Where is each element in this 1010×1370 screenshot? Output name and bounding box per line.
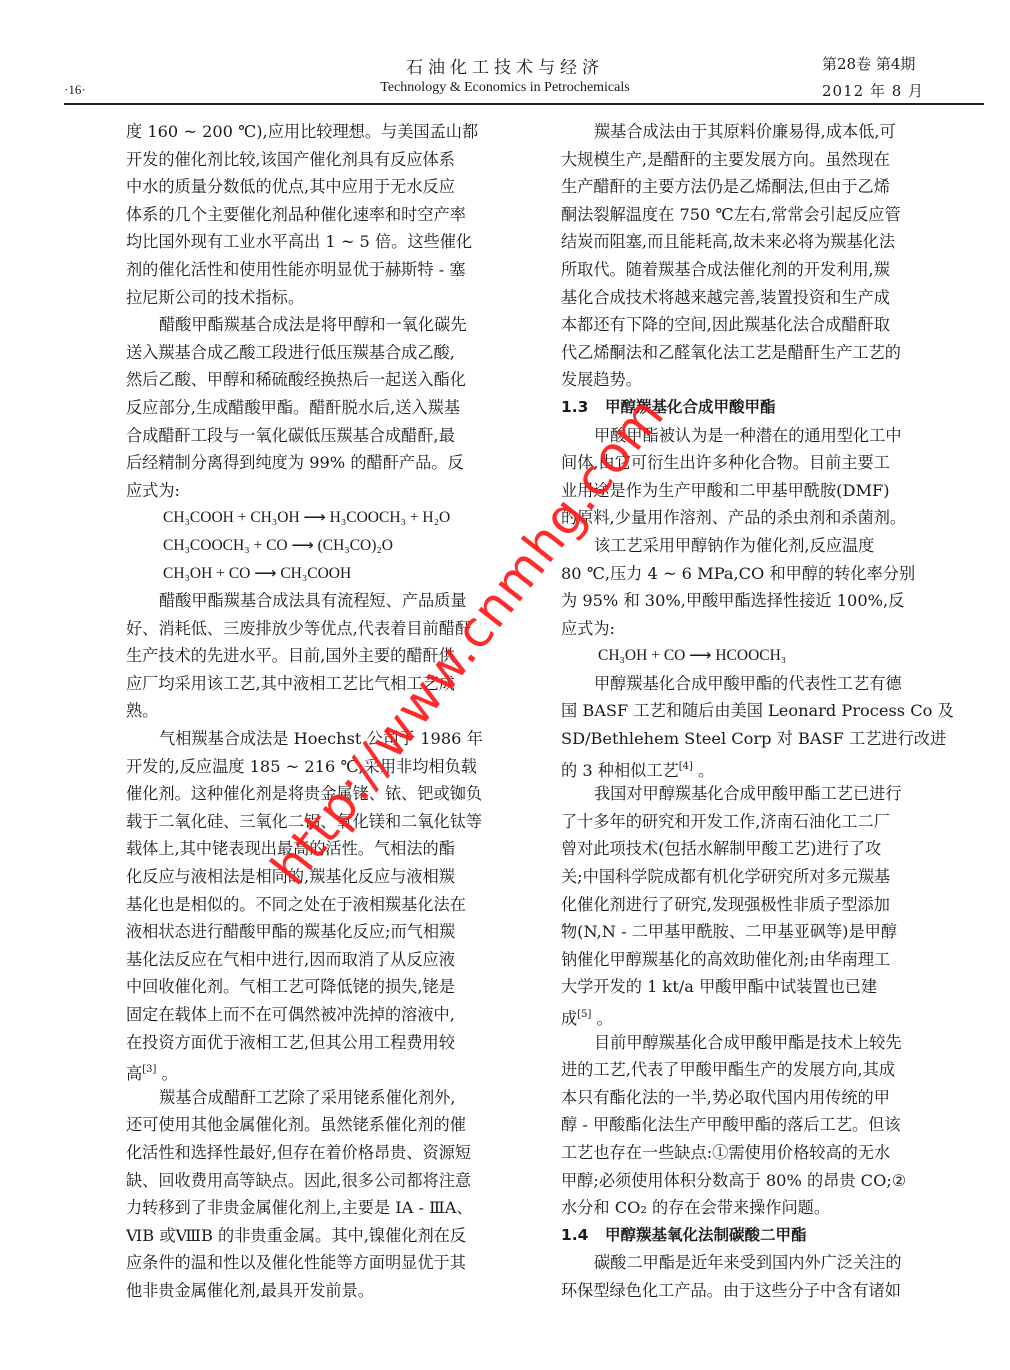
text-line: 缺、回收费用高等缺点。因此,很多公司都将注意 <box>126 1167 530 1195</box>
text-line: 了十多年的研究和开发工作,济南石油化工二厂 <box>561 808 965 836</box>
header-rule <box>64 103 984 105</box>
text-line: SD/Bethlehem Steel Corp 对 BASF 工艺进行改进 <box>561 725 965 753</box>
text-line: 大规模生产,是醋酐的主要发展方向。虽然现在 <box>561 146 965 174</box>
text-line: 应厂均采用该工艺,其中液相工艺比气相工艺成 <box>126 670 530 698</box>
text-line: 为 95% 和 30%,甲酸甲酯选择性接近 100%,反 <box>561 587 965 615</box>
text-line: 化催化剂进行了研究,发现强极性非质子型添加 <box>561 891 965 919</box>
equation-lhs: CH₃COOH + CH₃OH <box>163 509 300 526</box>
text-line: 本都还有下降的空间,因此羰基化法合成醋酐取 <box>561 311 965 339</box>
text-line: 开发的催化剂比较,该国产催化剂具有反应体系 <box>126 146 530 174</box>
text-line: 工艺也存在一些缺点:①需使用价格较高的无水 <box>561 1139 965 1167</box>
text-line: 本只有酯化法的一半,势必取代国内用传统的甲 <box>561 1084 965 1112</box>
text-line: 还可使用其他金属催化剂。虽然铑系催化剂的催 <box>126 1111 530 1139</box>
equation-rhs: CH₃COOH <box>280 565 351 582</box>
text-line: 发展趋势。 <box>561 366 965 394</box>
reaction-arrow-icon: ⟶ <box>254 565 276 582</box>
equation: CH₃OH + CO ⟶ CH₃COOH <box>126 560 530 588</box>
text-line: 化活性和选择性最好,但存在着价格昂贵、资源短 <box>126 1139 530 1167</box>
text-line: 度 160 ~ 200 ℃),应用比较理想。与美国孟山都 <box>126 118 530 146</box>
text-line: 生产技术的先进水平。目前,国外主要的醋酐供 <box>126 642 530 670</box>
text-fragment: 的 3 种相似工艺 <box>561 761 679 780</box>
text-line: 高[3] 。 <box>126 1056 530 1084</box>
page-header: ·16· 石油化工技术与经济 Technology & Economics in… <box>0 0 1010 110</box>
text-line: 剂的催化活性和使用性能亦明显优于赫斯特 - 塞 <box>126 256 530 284</box>
text-line: 在投资方面优于液相工艺,但其公用工程费用较 <box>126 1029 530 1057</box>
text-line: 载于二氧化硅、三氧化二铝、氧化镁和二氧化钛等 <box>126 808 530 836</box>
text-line: 的 3 种相似工艺[4] 。 <box>561 753 965 781</box>
equation: CH₃COOH + CH₃OH ⟶ H₃COOCH₃ + H₂O <box>126 504 530 532</box>
text-fragment: 成 <box>561 1009 577 1028</box>
section-heading-1-3: 1.3甲醇羰基化合成甲酸甲酯 <box>561 394 965 422</box>
text-line: 水分和 CO₂ 的存在会带来操作问题。 <box>561 1194 965 1222</box>
paragraph-start: 甲酸甲酯被认为是一种潜在的通用型化工中 <box>561 422 965 450</box>
paragraph-start: 目前甲醇羰基化合成甲酸甲酯是技术上较先 <box>561 1029 965 1057</box>
equation-rhs: HCOOCH₃ <box>715 647 786 664</box>
text-line: 间体,由它可衍生出许多种化合物。目前主要工 <box>561 449 965 477</box>
section-heading-1-4: 1.4甲醇羰基氧化法制碳酸二甲酯 <box>561 1222 965 1250</box>
text-line: 催化剂。这种催化剂是将贵金属铑、铱、钯或铷负 <box>126 780 530 808</box>
citation-ref[interactable]: [5] <box>577 1009 591 1020</box>
text-line: 业用途是作为生产甲酸和二甲基甲酰胺(DMF) <box>561 477 965 505</box>
text-line: 好、消耗低、三废排放少等优点,代表着目前醋酐 <box>126 615 530 643</box>
text-line: 钠催化甲醇羰基化的高效助催化剂;由华南理工 <box>561 946 965 974</box>
text-line: 合成醋酐工段与一氧化碳低压羰基合成醋酐,最 <box>126 422 530 450</box>
text-line: 送入羰基合成乙酸工段进行低压羰基合成乙酸, <box>126 339 530 367</box>
paragraph-start: 羰基合成法由于其原料价廉易得,成本低,可 <box>561 118 965 146</box>
text-line: 结炭而阻塞,而且能耗高,故未来必将为羰基化法 <box>561 228 965 256</box>
reaction-arrow-icon: ⟶ <box>689 647 711 664</box>
text-line: 基化法反应在气相中进行,因而取消了从反应液 <box>126 946 530 974</box>
text-line: 固定在载体上而不在可偶然被冲洗掉的溶液中, <box>126 1001 530 1029</box>
text-line: 应式为: <box>561 615 965 643</box>
right-column: 羰基合成法由于其原料价廉易得,成本低,可 大规模生产,是醋酐的主要发展方向。虽然… <box>561 118 965 1305</box>
punctuation: 。 <box>693 761 714 780</box>
equation: CH₃COOCH₃ + CO ⟶ (CH₃CO)₂O <box>126 532 530 560</box>
paragraph-start: 该工艺采用甲醇钠作为催化剂,反应温度 <box>561 532 965 560</box>
paragraph-start: 甲醇羰基化合成甲酸甲酯的代表性工艺有德 <box>561 670 965 698</box>
text-line: 拉尼斯公司的技术指标。 <box>126 284 530 312</box>
text-line: 化反应与液相法是相同的,羰基化反应与液相羰 <box>126 863 530 891</box>
text-line: 酮法裂解温度在 750 ℃左右,常常会引起反应管 <box>561 201 965 229</box>
text-line: 载体上,其中铑表现出最高的活性。气相法的酯 <box>126 835 530 863</box>
text-line: 所取代。随着羰基合成法催化剂的开发利用,羰 <box>561 256 965 284</box>
text-line: 应条件的温和性以及催化性能等方面明显优于其 <box>126 1249 530 1277</box>
text-line: 开发的,反应温度 185 ~ 216 ℃,采用非均相负载 <box>126 753 530 781</box>
text-line: 力转移到了非贵金属催化剂上,主要是 IA - ⅢA、 <box>126 1194 530 1222</box>
text-line: 80 ℃,压力 4 ~ 6 MPa,CO 和甲醇的转化率分别 <box>561 560 965 588</box>
text-line: 然后乙酸、甲醇和稀硫酸经换热后一起送入酯化 <box>126 366 530 394</box>
text-line: 应式为: <box>126 477 530 505</box>
text-line: 体系的几个主要催化剂品种催化速率和时空产率 <box>126 201 530 229</box>
text-line: 代乙烯酮法和乙醛氧化法工艺是醋酐生产工艺的 <box>561 339 965 367</box>
text-line: 成[5] 。 <box>561 1001 965 1029</box>
text-line: 国 BASF 工艺和随后由美国 Leonard Process Co 及 <box>561 697 965 725</box>
equation-rhs: H₃COOCH₃ + H₂O <box>330 509 451 526</box>
section-number: 1.4 <box>561 1222 605 1250</box>
text-line: 熟。 <box>126 697 530 725</box>
citation-ref[interactable]: [4] <box>679 761 693 772</box>
text-line: 醇 - 甲酸酯化法生产甲酸甲酯的落后工艺。但该 <box>561 1111 965 1139</box>
equation: CH₃OH + CO ⟶ HCOOCH₃ <box>561 642 965 670</box>
text-line: 环保型绿色化工产品。由于这些分子中含有诸如 <box>561 1277 965 1305</box>
text-line: 甲醇;必须使用体积分数高于 80% 的昂贵 CO;② <box>561 1167 965 1195</box>
text-line: 均比国外现有工业水平高出 1 ~ 5 倍。这些催化 <box>126 228 530 256</box>
paragraph-start: 醋酸甲酯羰基合成法具有流程短、产品质量 <box>126 587 530 615</box>
section-number: 1.3 <box>561 394 605 422</box>
text-line: 生产醋酐的主要方法仍是乙烯酮法,但由于乙烯 <box>561 173 965 201</box>
equation-lhs: CH₃OH + CO <box>598 647 685 664</box>
equation-lhs: CH₃COOCH₃ + CO <box>163 537 288 554</box>
text-line: 曾对此项技术(包括水解制甲酸工艺)进行了攻 <box>561 835 965 863</box>
text-line: 进的工艺,代表了甲酸甲酯生产的发展方向,其成 <box>561 1056 965 1084</box>
text-line: 中水的质量分数低的优点,其中应用于无水反应 <box>126 173 530 201</box>
paragraph-start: 气相羰基合成法是 Hoechst 公司于 1986 年 <box>126 725 530 753</box>
text-line: 中回收催化剂。气相工艺可降低铑的损失,铑是 <box>126 973 530 1001</box>
equation-rhs: (CH₃CO)₂O <box>318 537 393 554</box>
text-line: ⅥB 或ⅧB 的非贵重金属。其中,镍催化剂在反 <box>126 1222 530 1250</box>
punctuation: 。 <box>591 1009 612 1028</box>
text-fragment: 高 <box>126 1064 142 1083</box>
section-title: 甲醇羰基化合成甲酸甲酯 <box>605 398 776 416</box>
reaction-arrow-icon: ⟶ <box>304 509 326 526</box>
punctuation: 。 <box>156 1064 177 1083</box>
text-line: 大学开发的 1 kt/a 甲酸甲酯中试装置也已建 <box>561 973 965 1001</box>
section-title: 甲醇羰基氧化法制碳酸二甲酯 <box>605 1226 807 1244</box>
text-line: 物(N,N - 二甲基甲酰胺、二甲基亚砜等)是甲醇 <box>561 918 965 946</box>
text-line: 关;中国科学院成都有机化学研究所对多元羰基 <box>561 863 965 891</box>
text-line: 他非贵金属催化剂,最具开发前景。 <box>126 1277 530 1305</box>
paragraph-start: 我国对甲醇羰基化合成甲酸甲酯工艺已进行 <box>561 780 965 808</box>
reaction-arrow-icon: ⟶ <box>292 537 314 554</box>
text-line: 液相状态进行醋酸甲酯的羰基化反应;而气相羰 <box>126 918 530 946</box>
publication-date: 2012 年 8 月 <box>822 80 924 101</box>
equation-lhs: CH₃OH + CO <box>163 565 250 582</box>
paragraph-start: 碳酸二甲酯是近年来受到国内外广泛关注的 <box>561 1249 965 1277</box>
volume-issue: 第28卷 第4期 <box>822 53 915 74</box>
text-line: 基化也是相似的。不同之处在于液相羰基化法在 <box>126 891 530 919</box>
text-line: 后经精制分离得到纯度为 99% 的醋酐产品。反 <box>126 449 530 477</box>
paragraph-start: 羰基合成醋酐工艺除了采用铑系催化剂外, <box>126 1084 530 1112</box>
citation-ref[interactable]: [3] <box>142 1064 156 1075</box>
text-line: 的原料,少量用作溶剂、产品的杀虫剂和杀菌剂。 <box>561 504 965 532</box>
text-line: 基化合成技术将越来越完善,装置投资和生产成 <box>561 284 965 312</box>
paragraph-start: 醋酸甲酯羰基合成法是将甲醇和一氧化碳先 <box>126 311 530 339</box>
left-column: 度 160 ~ 200 ℃),应用比较理想。与美国孟山都 开发的催化剂比较,该国… <box>126 118 530 1305</box>
text-line: 反应部分,生成醋酸甲酯。醋酐脱水后,送入羰基 <box>126 394 530 422</box>
